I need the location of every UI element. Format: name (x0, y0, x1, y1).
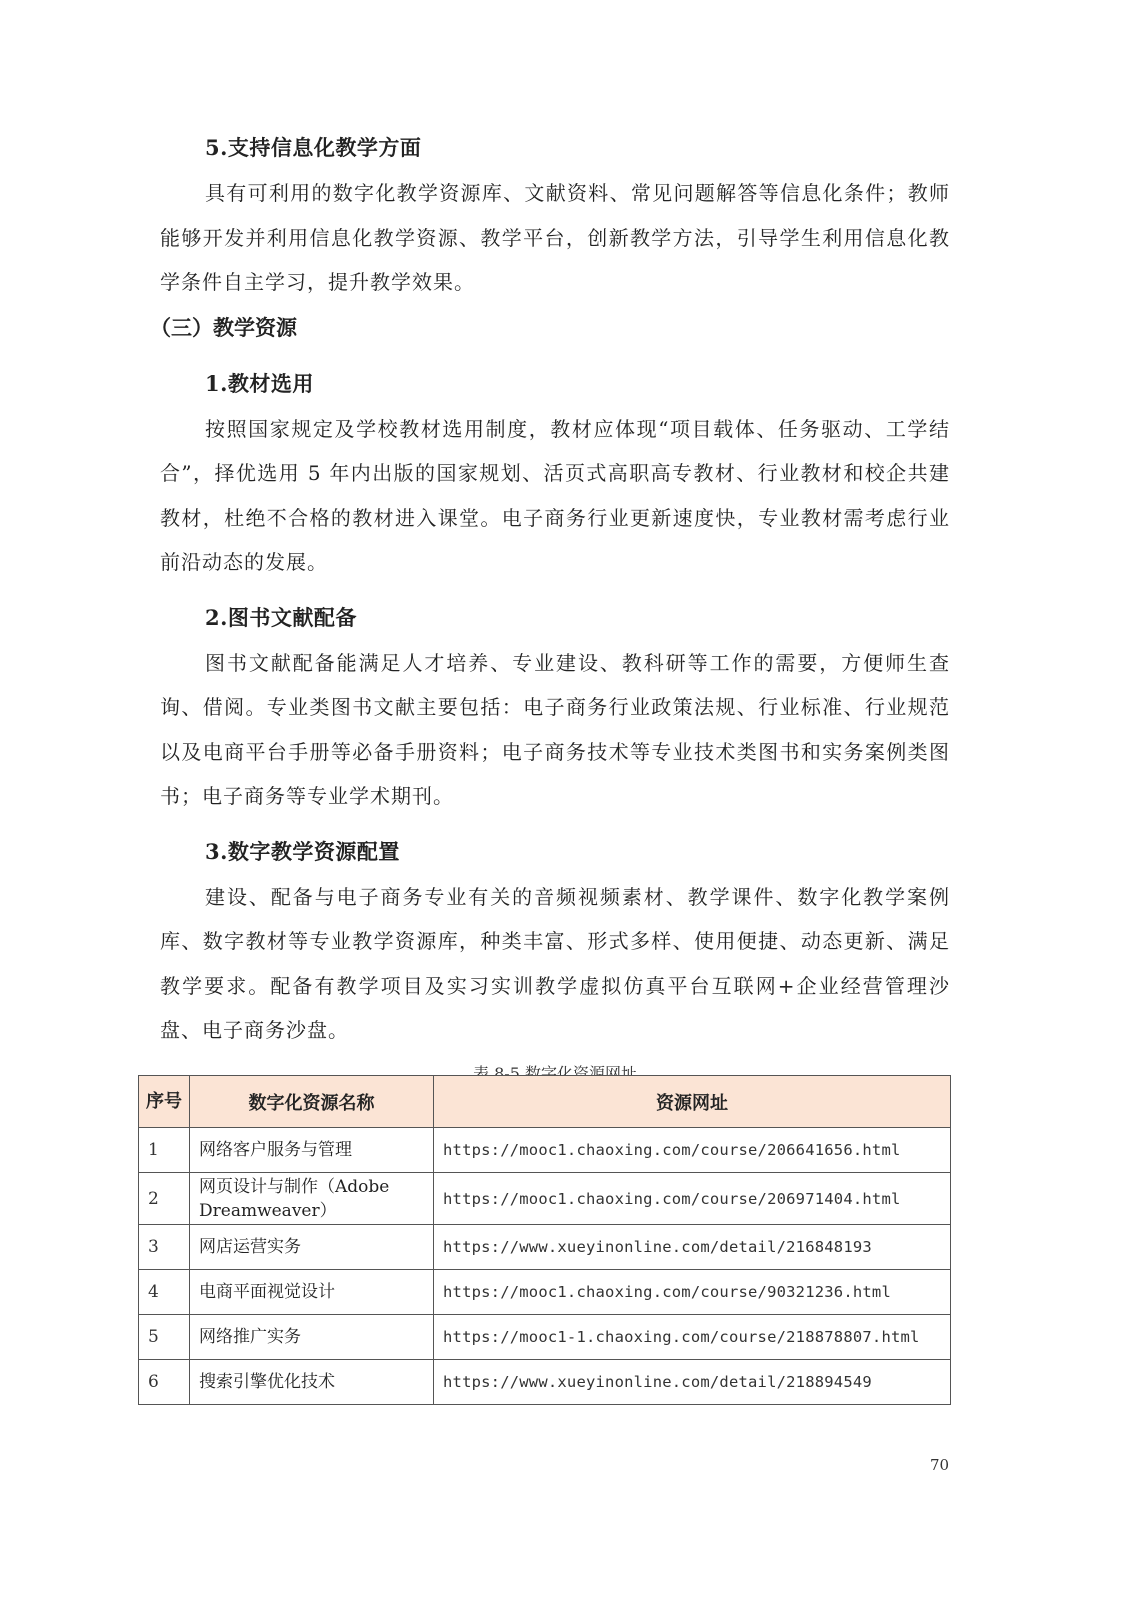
row-index: 1 (139, 1128, 190, 1173)
resource-url-link[interactable]: https://mooc1.chaoxing.com/course/206641… (434, 1128, 951, 1173)
paragraph-digital-resources: 建设、配备与电子商务专业有关的音频视频素材、教学课件、数字化教学案例库、数字教材… (160, 875, 950, 1053)
row-index: 3 (139, 1225, 190, 1270)
heading-support-informatization: 5.支持信息化教学方面 (160, 125, 950, 171)
table-row: 4 电商平面视觉设计 https://mooc1.chaoxing.com/co… (139, 1270, 951, 1315)
row-index: 5 (139, 1315, 190, 1360)
resource-url-link[interactable]: https://mooc1-1.chaoxing.com/course/2188… (434, 1315, 951, 1360)
table-row: 3 网店运营实务 https://www.xueyinonline.com/de… (139, 1225, 951, 1270)
table-row: 5 网络推广实务 https://mooc1-1.chaoxing.com/co… (139, 1315, 951, 1360)
paragraph-textbook-selection: 按照国家规定及学校教材选用制度，教材应体现“项目载体、任务驱动、工学结合”，择优… (160, 407, 950, 585)
page-number: 70 (930, 1456, 949, 1474)
heading-textbook-selection: 1.教材选用 (160, 361, 950, 407)
resource-name: 网店运营实务 (190, 1225, 434, 1270)
resource-url-link[interactable]: https://www.xueyinonline.com/detail/2168… (434, 1225, 951, 1270)
digital-resources-table: 序号 数字化资源名称 资源网址 1 网络客户服务与管理 https://mooc… (138, 1075, 951, 1405)
table-row: 1 网络客户服务与管理 https://mooc1.chaoxing.com/c… (139, 1128, 951, 1173)
column-header-url: 资源网址 (434, 1076, 951, 1128)
paragraph-support-informatization: 具有可利用的数字化教学资源库、文献资料、常见问题解答等信息化条件；教师能够开发并… (160, 171, 950, 305)
table-row: 6 搜索引擎优化技术 https://www.xueyinonline.com/… (139, 1360, 951, 1405)
document-body: 5.支持信息化教学方面 具有可利用的数字化教学资源库、文献资料、常见问题解答等信… (160, 125, 950, 1096)
resource-name: 网络推广实务 (190, 1315, 434, 1360)
row-index: 4 (139, 1270, 190, 1315)
heading-teaching-resources: （三）教学资源 (150, 305, 950, 351)
table-header-row: 序号 数字化资源名称 资源网址 (139, 1076, 951, 1128)
table-row: 2 网页设计与制作（Adobe Dreamweaver） https://moo… (139, 1173, 951, 1225)
resource-name: 网络客户服务与管理 (190, 1128, 434, 1173)
row-index: 2 (139, 1173, 190, 1225)
row-index: 6 (139, 1360, 190, 1405)
resource-url-link[interactable]: https://www.xueyinonline.com/detail/2188… (434, 1360, 951, 1405)
heading-digital-resources: 3.数字教学资源配置 (160, 829, 950, 875)
resource-url-link[interactable]: https://mooc1.chaoxing.com/course/903212… (434, 1270, 951, 1315)
resource-url-link[interactable]: https://mooc1.chaoxing.com/course/206971… (434, 1173, 951, 1225)
resource-name: 电商平面视觉设计 (190, 1270, 434, 1315)
heading-library-resources: 2.图书文献配备 (160, 595, 950, 641)
resource-name: 网页设计与制作（Adobe Dreamweaver） (190, 1173, 434, 1225)
column-header-name: 数字化资源名称 (190, 1076, 434, 1128)
resource-name: 搜索引擎优化技术 (190, 1360, 434, 1405)
column-header-index: 序号 (139, 1076, 190, 1128)
paragraph-library-resources: 图书文献配备能满足人才培养、专业建设、教科研等工作的需要，方便师生查询、借阅。专… (160, 641, 950, 819)
